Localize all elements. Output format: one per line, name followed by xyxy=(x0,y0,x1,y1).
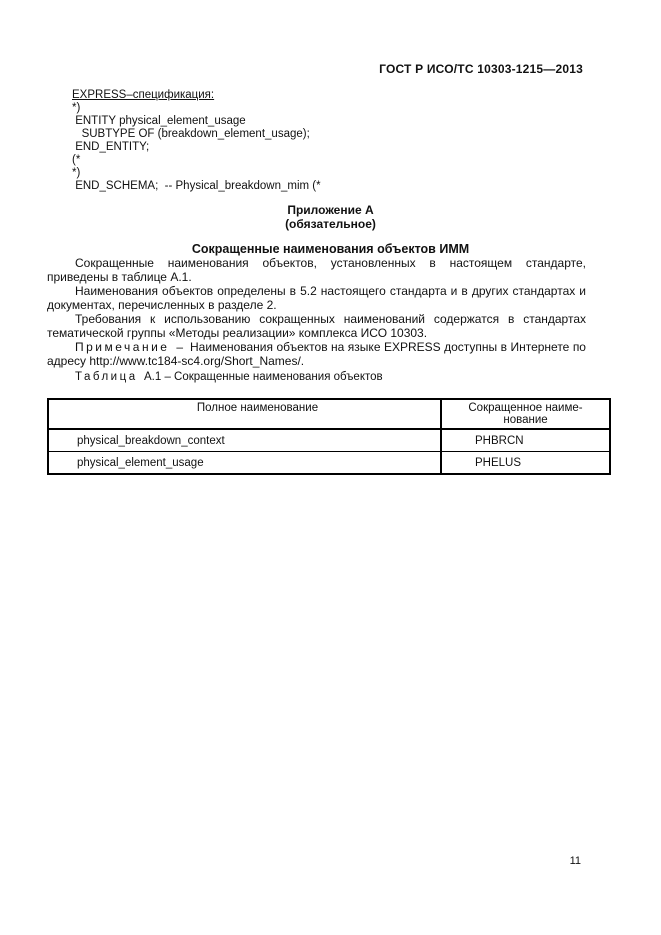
express-spec-block: EXPRESS–спецификация: *) ENTITY physical… xyxy=(72,89,321,193)
note-label: Примечание xyxy=(75,340,169,354)
cell-full-name: physical_element_usage xyxy=(48,452,441,475)
abbreviations-table: Полное наименование Сокращенное наиме- н… xyxy=(47,398,611,475)
paragraph: Наименования объектов определены в 5.2 н… xyxy=(47,284,586,312)
table-header-row: Полное наименование Сокращенное наиме- н… xyxy=(48,399,610,429)
cell-short-name: PHELUS xyxy=(441,452,610,475)
code-line: *) xyxy=(72,167,321,180)
code-line: ENTITY physical_element_usage xyxy=(72,115,321,128)
code-line: END_ENTITY; xyxy=(72,141,321,154)
body-text: Сокращенные наименования объектов, устан… xyxy=(47,256,586,368)
paragraph: Требования к использованию сокращенных н… xyxy=(47,312,586,340)
column-header-full-name: Полное наименование xyxy=(48,399,441,429)
note-paragraph: Примечание – Наименования объектов на яз… xyxy=(47,340,586,368)
table-body: physical_breakdown_context PHBRCN physic… xyxy=(48,429,610,474)
cell-full-name: physical_breakdown_context xyxy=(48,429,441,452)
annex-heading: Приложение А (обязательное) xyxy=(0,203,661,231)
code-line: *) xyxy=(72,102,321,115)
annex-title: Приложение А xyxy=(0,203,661,217)
note-dash: – xyxy=(176,340,183,354)
code-line: (* xyxy=(72,154,321,167)
code-line: END_SCHEMA; -- Physical_breakdown_mim (* xyxy=(72,180,321,193)
paragraph: Сокращенные наименования объектов, устан… xyxy=(47,256,586,284)
column-header-short-name: Сокращенное наиме- нование xyxy=(441,399,610,429)
table-caption-text: А.1 – Сокращенные наименования объектов xyxy=(144,371,383,383)
annex-subtitle: (обязательное) xyxy=(0,217,661,231)
express-spec-heading: EXPRESS–спецификация: xyxy=(72,89,321,102)
cell-short-name: PHBRCN xyxy=(441,429,610,452)
page-number: 11 xyxy=(0,855,581,867)
table-row: physical_element_usage PHELUS xyxy=(48,452,610,475)
code-line: SUBTYPE OF (breakdown_element_usage); xyxy=(72,128,321,141)
section-title: Сокращенные наименования объектов ИММ xyxy=(0,242,661,256)
doc-number-header: ГОСТ Р ИСО/ТС 10303-1215—2013 xyxy=(0,62,583,76)
table-caption-label: Таблица xyxy=(75,371,138,383)
table-caption: Таблица А.1 – Сокращенные наименования о… xyxy=(75,371,383,383)
document-page: ГОСТ Р ИСО/ТС 10303-1215—2013 EXPRESS–сп… xyxy=(0,0,661,935)
table-row: physical_breakdown_context PHBRCN xyxy=(48,429,610,452)
table-head: Полное наименование Сокращенное наиме- н… xyxy=(48,399,610,429)
